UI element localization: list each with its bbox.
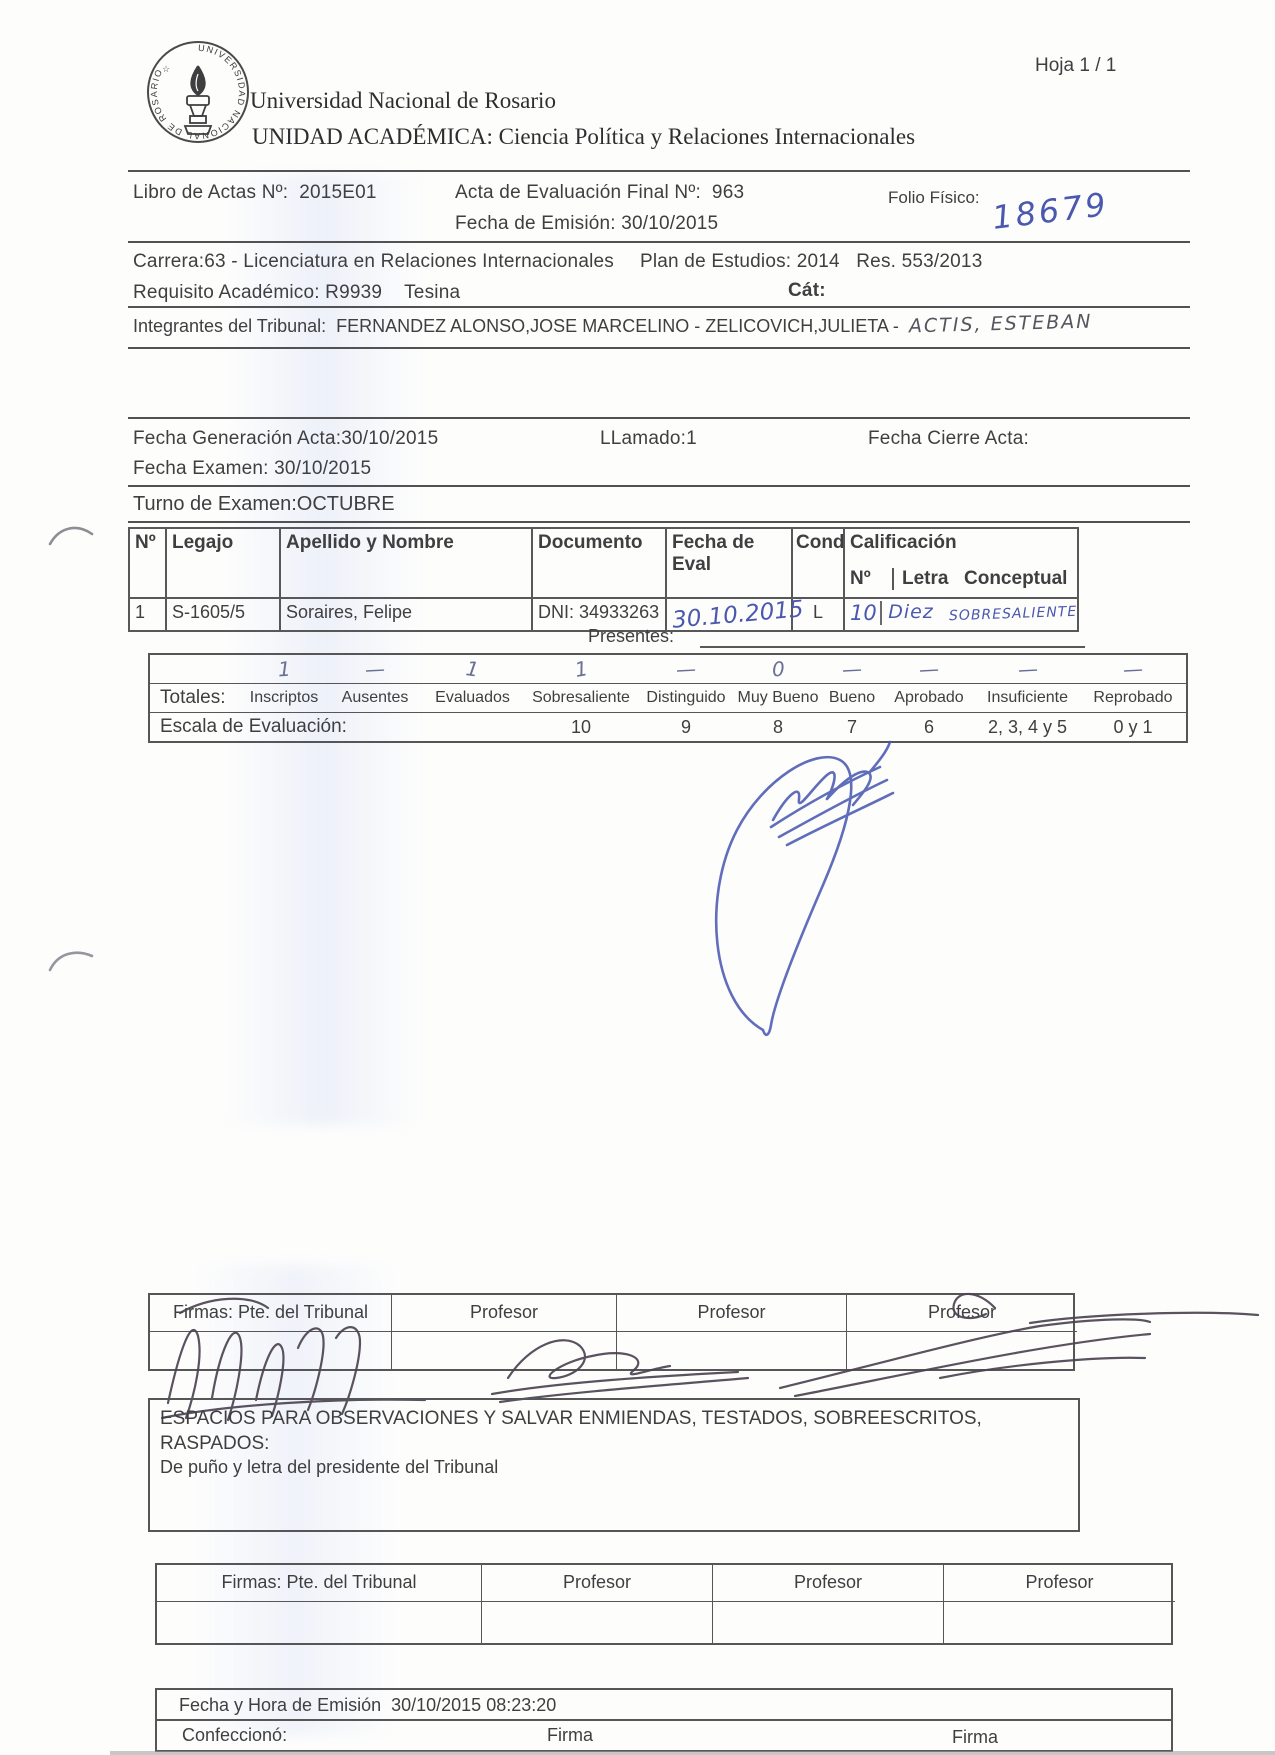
acta-numero: Acta de Evaluación Final Nº: 963 — [455, 182, 744, 204]
firmas-bottom-profesor1-label: Profesor — [482, 1565, 713, 1601]
total-insuficiente-value: — — [1017, 656, 1038, 681]
student-nro: 1 — [129, 598, 166, 631]
libro-value: 2015E01 — [299, 182, 376, 203]
presentes-label: Presentes: — [588, 626, 674, 647]
emision-box: Fecha y Hora de Emisión 30/10/2015 08:23… — [155, 1688, 1173, 1752]
firmas-bottom-profesor3-label: Profesor — [944, 1565, 1175, 1601]
scan-bottom-edge — [110, 1751, 1275, 1755]
calif-letra-handwritten: Diez — [888, 601, 934, 623]
total-ausentes-value: — — [364, 656, 385, 681]
total-reprobado-value: — — [1122, 656, 1143, 681]
observaciones-line2: RASPADOS: — [160, 1431, 1068, 1456]
student-nombre: Soraires, Felipe — [280, 598, 532, 631]
plan-de-estudios: Plan de Estudios: 2014 Res. 553/2013 — [640, 251, 982, 273]
margin-pen-mark-upper — [46, 520, 96, 550]
total-bueno-value: — — [841, 656, 862, 681]
cat-muybueno: Muy Bueno — [735, 689, 821, 707]
cat-evaluados: Evaluados — [420, 689, 525, 707]
folio-fisico-label: Folio Físico: — [888, 188, 980, 208]
president-signature-ink — [675, 725, 935, 1045]
cat-insuficiente: Insuficiente — [975, 689, 1080, 707]
escala-label: Escala de Evaluación: — [150, 716, 525, 738]
fecha-cierre: Fecha Cierre Acta: — [868, 428, 1029, 450]
firmas-bottom-profesor2-cell — [713, 1601, 944, 1643]
students-table: Nº Legajo Apellido y Nombre Documento Fe… — [128, 527, 1079, 632]
escala-insuficiente: 2, 3, 4 y 5 — [975, 717, 1080, 738]
carrera-line: Carrera:63 - Licenciatura en Relaciones … — [133, 251, 614, 273]
rule-3 — [128, 306, 1190, 308]
totales-label: Totales: — [150, 687, 238, 709]
unr-logo: UNIVERSIDAD NACIONAL DE ROSARIO ☆ — [138, 38, 258, 148]
firmas-table-bottom: Firmas: Pte. del Tribunal Profesor Profe… — [155, 1563, 1173, 1645]
cat-aprobado: Aprobado — [883, 689, 975, 707]
col-header-calificacion: Calificación Nº Letra Conceptual — [844, 528, 1078, 598]
escala-sobresaliente: 10 — [525, 717, 637, 738]
cat-sobresaliente: Sobresaliente — [525, 689, 637, 707]
total-evaluados-value: 1 — [465, 656, 481, 682]
requisito-academico: Requisito Académico: R9939 Tesina — [133, 282, 460, 304]
firmas-bottom-pte-label: Firmas: Pte. del Tribunal — [157, 1565, 482, 1601]
rule-1 — [128, 170, 1190, 172]
student-calificacion: 10 Diez SOBRESALIENTE — [844, 598, 1078, 631]
torch-icon — [185, 66, 211, 134]
totales-categories-row: Totales: Inscriptos Ausentes Evaluados S… — [150, 683, 1186, 712]
resolucion: Res. 553/2013 — [856, 251, 982, 272]
subcol-calif-letra: Letra — [892, 568, 964, 590]
fecha-examen: Fecha Examen: 30/10/2015 — [133, 458, 371, 480]
logo-star-icon: ☆ — [162, 64, 170, 74]
observaciones-box: ESPACIOS PARA OBSERVACIONES Y SALVAR ENM… — [148, 1398, 1080, 1532]
firmas-bottom-profesor2-label: Profesor — [713, 1565, 944, 1601]
margin-pen-mark-lower — [46, 945, 96, 975]
tribunal-members: FERNANDEZ ALONSO,JOSE MARCELINO - ZELICO… — [336, 316, 899, 336]
totales-box: 1 — 1 1 — 0 — — — — Totales: Inscriptos … — [148, 653, 1188, 743]
firma-label-1: Firma — [547, 1725, 593, 1746]
presentes-line — [700, 646, 1085, 648]
subcol-calif-conceptual: Conceptual — [964, 568, 1072, 590]
total-muybueno-value: 0 — [771, 657, 785, 682]
fecha-generacion: Fecha Generación Acta:30/10/2015 — [133, 428, 438, 450]
col-header-nombre: Apellido y Nombre — [280, 528, 532, 598]
fecha-emision: Fecha de Emisión: 30/10/2015 — [455, 213, 718, 235]
total-sobresaliente-value: 1 — [573, 656, 590, 682]
cat-distinguido: Distinguido — [637, 689, 735, 707]
firmas-bottom-pte-cell — [157, 1601, 482, 1643]
total-aprobado-value: — — [918, 656, 939, 681]
hoja-counter: Hoja 1 / 1 — [1035, 55, 1116, 77]
scanned-acta-document: UNIVERSIDAD NACIONAL DE ROSARIO ☆ Univer… — [0, 0, 1275, 1755]
cat-inscriptos: Inscriptos — [238, 689, 330, 707]
total-inscriptos-value: 1 — [277, 657, 291, 682]
observaciones-line3: De puño y letra del presidente del Tribu… — [160, 1456, 1068, 1480]
llamado: LLamado:1 — [600, 428, 697, 450]
rule-7 — [128, 521, 1190, 523]
col-header-documento: Documento — [532, 528, 666, 598]
cat-reprobado: Reprobado — [1080, 689, 1186, 707]
libro-de-actas: Libro de Actas Nº: 2015E01 — [133, 182, 377, 204]
cat-bueno: Bueno — [821, 689, 883, 707]
rule-5 — [128, 417, 1190, 419]
calif-conceptual-handwritten: SOBRESALIENTE — [949, 604, 1078, 624]
col-header-fecha-eval: Fecha de Eval — [666, 528, 792, 598]
fecha-hora-emision-value: 30/10/2015 08:23:20 — [391, 1695, 556, 1715]
tribunal-member-handwritten: ACTIS, ESTEBAN — [909, 311, 1093, 338]
subcol-calif-nro: Nº — [850, 568, 892, 590]
total-distinguido-value: — — [675, 656, 696, 681]
col-header-cond: Cond — [792, 528, 844, 598]
student-fecha-eval: 30.10.2015 — [666, 598, 792, 631]
catedra-label: Cát: — [788, 280, 826, 302]
escala-row: Escala de Evaluación: 10 9 8 7 6 2, 3, 4… — [150, 712, 1186, 741]
totales-values-row: 1 — 1 1 — 0 — — — — — [150, 655, 1186, 683]
firmas-bottom-profesor1-cell — [482, 1601, 713, 1643]
calif-nro-handwritten: 10 — [850, 601, 877, 625]
integrantes-tribunal: Integrantes del Tribunal: FERNANDEZ ALON… — [133, 315, 1092, 337]
col-header-legajo: Legajo — [166, 528, 280, 598]
student-legajo: S-1605/5 — [166, 598, 280, 631]
rule-6 — [128, 485, 1190, 487]
escala-reprobado: 0 y 1 — [1080, 717, 1186, 738]
confecciono-label: Confeccionó: — [182, 1725, 287, 1746]
university-name: Universidad Nacional de Rosario — [250, 88, 556, 114]
observaciones-line1: ESPACIOS PARA OBSERVACIONES Y SALVAR ENM… — [160, 1406, 1068, 1431]
requisito-nombre: Tesina — [404, 282, 460, 303]
fecha-hora-emision: Fecha y Hora de Emisión 30/10/2015 08:23… — [157, 1690, 1171, 1721]
col-header-nro: Nº — [129, 528, 166, 598]
firmas-bottom-profesor3-cell — [944, 1601, 1175, 1643]
unidad-academica: UNIDAD ACADÉMICA: Ciencia Política y Rel… — [252, 124, 915, 150]
firma-label-2: Firma — [952, 1727, 998, 1748]
folio-fisico-handwritten: 18679 — [990, 185, 1111, 237]
rule-2 — [128, 241, 1190, 243]
cat-ausentes: Ausentes — [330, 689, 420, 707]
acta-value: 963 — [712, 182, 744, 203]
turno-examen: Turno de Examen:OCTUBRE — [133, 493, 395, 516]
rule-4 — [128, 347, 1190, 349]
